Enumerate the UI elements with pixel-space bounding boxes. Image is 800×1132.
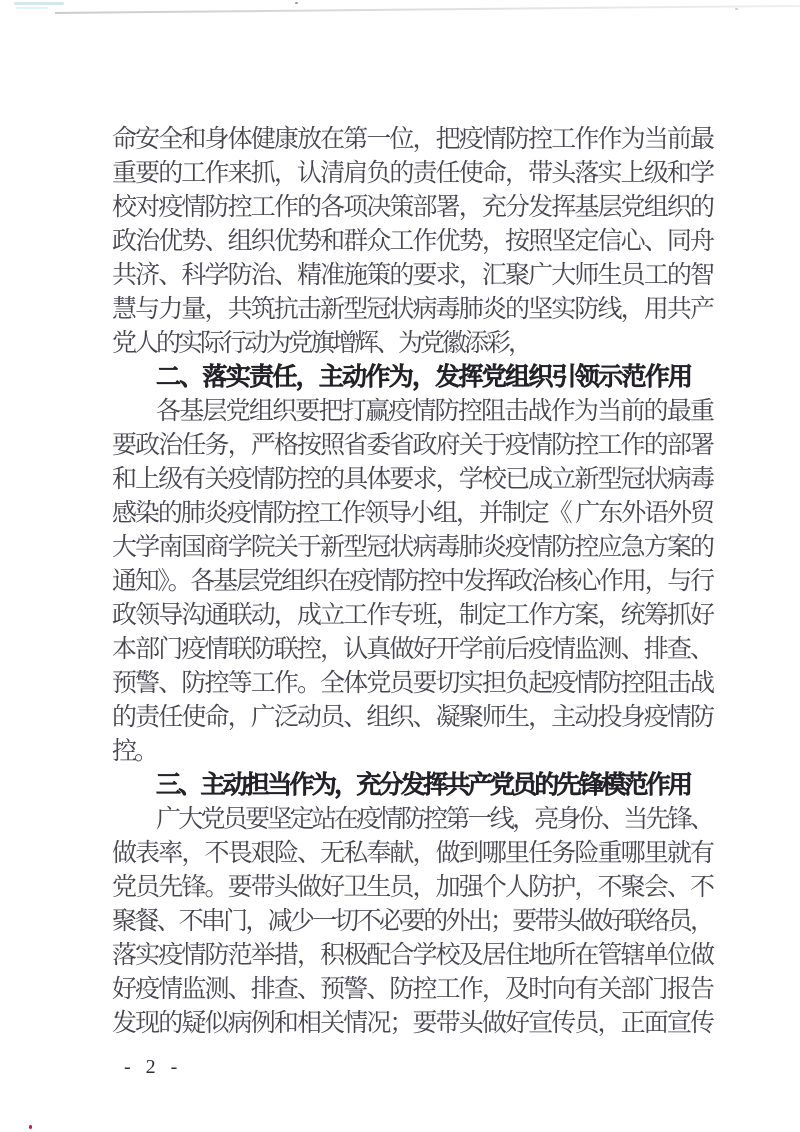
text-line: 落实疫情防范举措，积极配合学校及居住地所在管辖单位做: [112, 938, 712, 972]
text-line: 要政治任务，严格按照省委省政府关于疫情防控工作的部署: [112, 428, 712, 462]
scan-artifact-speck: [735, 8, 738, 10]
text-line: 各基层党组织要把打赢疫情防控阻击战作为当前的最重: [112, 394, 712, 428]
text-line: 发现的疑似病例和相关情况；要带头做好宣传员，正面宣传: [112, 1006, 712, 1040]
text-line: 政治优势、组织优势和群众工作优势，按照坚定信心、同舟: [112, 224, 712, 258]
scan-artifact-hairline: [55, 5, 800, 14]
text-line: 做表率，不畏艰险、无私奉献，做到哪里任务险重哪里就有: [112, 836, 712, 870]
text-line: 聚餐、不串门，减少一切不必要的外出；要带头做好联络员，: [112, 904, 712, 938]
text-line: 大学南国商学院关于新型冠状病毒肺炎疫情防控应急方案的: [112, 530, 712, 564]
text-line: 党人的实际行动为党旗增辉、为党徽添彩，: [112, 326, 712, 360]
text-line: 控。: [112, 734, 712, 768]
section-heading: 三、主动担当作为，充分发挥共产党员的先锋模范作用: [112, 768, 712, 802]
scan-artifact-teal-streak: [14, 2, 64, 5]
page-number: - 2 -: [124, 1056, 182, 1079]
text-line: 和上级有关疫情防控的具体要求，学校已成立新型冠状病毒: [112, 462, 712, 496]
text-line: 党员先锋。要带头做好卫生员，加强个人防护，不聚会、不: [112, 870, 712, 904]
text-line: 共济、科学防治、精准施策的要求，汇聚广大师生员工的智: [112, 258, 712, 292]
section-heading: 二、落实责任，主动作为，发挥党组织引领示范作用: [112, 360, 712, 394]
text-line: 慧与力量，共筑抗击新型冠状病毒肺炎的坚实防线，用共产: [112, 292, 712, 326]
scanned-document-page: 命安全和身体健康放在第一位，把疫情防控工作作为当前最重要的工作来抓，认清肩负的责…: [0, 0, 800, 1132]
text-line: 广大党员要坚定站在疫情防控第一线，亮身份、当先锋、: [112, 802, 712, 836]
text-line: 感染的肺炎疫情防控工作领导小组，并制定《 广东外语外贸: [112, 496, 712, 530]
scan-artifact-speck: [295, 2, 298, 4]
text-line: 的责任使命，广泛动员、组织、凝聚师生，主动投身疫情防: [112, 700, 712, 734]
text-line: 政领导沟通联动，成立工作专班，制定工作方案，统筹抓好: [112, 598, 712, 632]
scan-artifact-red-dot: [29, 1125, 32, 1129]
document-text-block: 命安全和身体健康放在第一位，把疫情防控工作作为当前最重要的工作来抓，认清肩负的责…: [112, 122, 712, 1040]
text-line: 重要的工作来抓，认清肩负的责任使命，带头落实上级和学: [112, 156, 712, 190]
text-line: 本部门疫情联防联控，认真做好开学前后疫情监测、排查、: [112, 632, 712, 666]
text-line: 好疫情监测、排查、预警、防控工作，及时向有关部门报告: [112, 972, 712, 1006]
text-line: 预警、防控等工作。全体党员要切实担负起疫情防控阻击战: [112, 666, 712, 700]
text-line: 通知》。各基层党组织在疫情防控中发挥政治核心作用，与行: [112, 564, 712, 598]
text-line: 校对疫情防控工作的各项决策部署，充分发挥基层党组织的: [112, 190, 712, 224]
scan-artifact-teal-streak-faint: [16, 7, 48, 9]
text-line: 命安全和身体健康放在第一位，把疫情防控工作作为当前最: [112, 122, 712, 156]
